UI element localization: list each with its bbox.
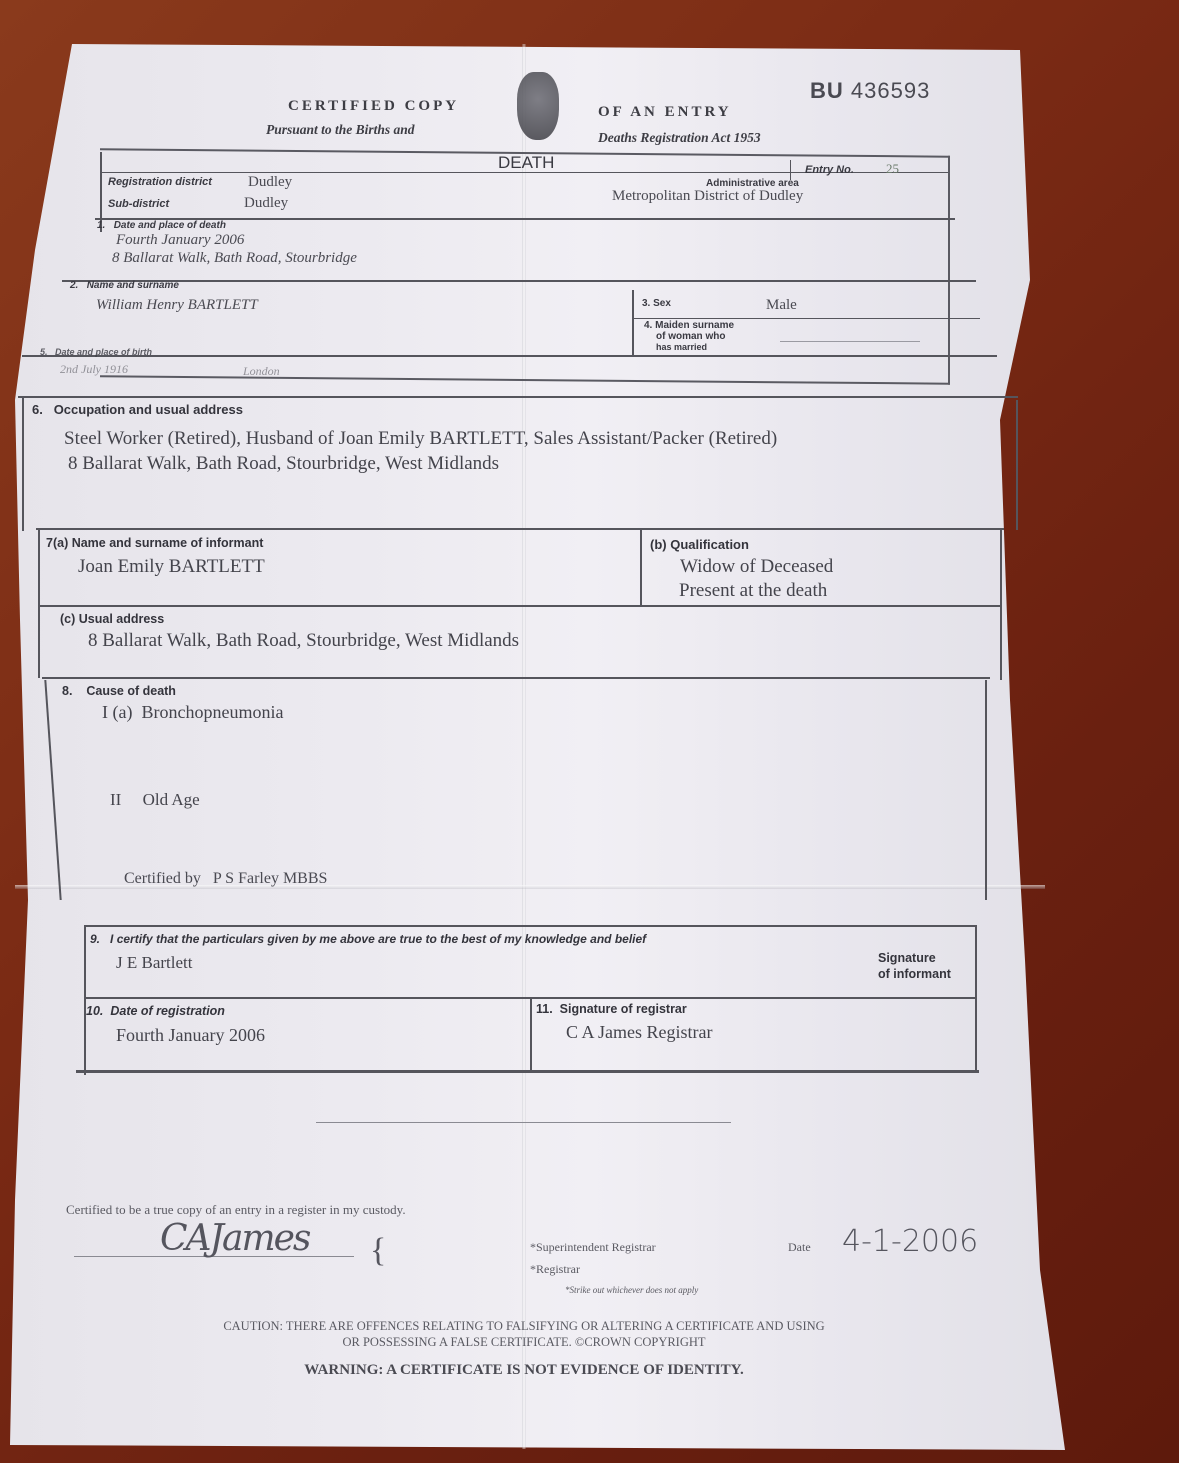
cause-1a-prefix: I (a) <box>102 702 132 722</box>
border-line <box>634 318 980 319</box>
signature-label-1: Signature <box>878 950 951 966</box>
field-5-label: Date and place of birth <box>55 347 152 357</box>
field-3-label: 3. Sex <box>642 298 671 309</box>
registration-date: Fourth January 2006 <box>116 1025 265 1046</box>
border-line <box>22 396 24 531</box>
border-line <box>1016 400 1018 530</box>
certified-by: P S Farley MBBS <box>213 870 328 887</box>
death-date: Fourth January 2006 <box>116 232 244 249</box>
subtitle-right: Deaths Registration Act 1953 <box>598 130 761 146</box>
occupation: Steel Worker (Retired), Husband of Joan … <box>64 428 777 450</box>
serial-prefix: BU <box>810 78 844 103</box>
field-4-label-2: of woman who <box>644 331 734 342</box>
border-line <box>38 528 40 678</box>
field-2-label: Name and surname <box>87 280 179 291</box>
field-1-label: Date and place of death <box>114 220 226 231</box>
border-line <box>640 530 642 606</box>
strike-out-note: *Strike out whichever does not apply <box>565 1285 698 1295</box>
border-line <box>632 290 634 356</box>
border-line <box>76 1070 979 1073</box>
registrar-handwritten-signature: CAJames <box>160 1218 309 1259</box>
field-6-label: Occupation and usual address <box>54 402 243 417</box>
field-11-label: Signature of registrar <box>560 1002 687 1016</box>
registration-district-label: Registration district <box>108 176 212 188</box>
brace-icon: { <box>370 1232 386 1270</box>
date-label: Date <box>788 1240 811 1255</box>
border-line <box>40 605 1000 607</box>
option-registrar: *Registrar <box>530 1262 580 1277</box>
title-left: CERTIFIED COPY <box>288 98 459 115</box>
field-9-label: I certify that the particulars given by … <box>110 932 646 946</box>
registration-district-value: Dudley <box>248 174 292 191</box>
informant-signature: J E Bartlett <box>116 953 192 973</box>
field-10-label: Date of registration <box>110 1004 225 1018</box>
border-line <box>1000 530 1002 680</box>
maiden-surname-blank <box>780 341 920 342</box>
border-line <box>790 160 791 180</box>
border-line <box>985 680 987 900</box>
certified-by-label: Certified by <box>124 870 201 887</box>
field-4-label-1: 4. Maiden surname <box>644 320 734 331</box>
entry-no-value: 25 <box>886 161 899 177</box>
entry-no-label: Entry No. <box>805 164 854 176</box>
field-10-number: 10. <box>86 1004 103 1018</box>
border-line <box>42 677 990 679</box>
sub-district-label: Sub-district <box>108 198 169 210</box>
border-line <box>36 528 1004 530</box>
birth-date: 2nd July 1916 <box>60 362 128 377</box>
border-line <box>22 355 997 357</box>
option-superintendent-registrar: *Superintendent Registrar <box>530 1240 656 1255</box>
cause-1a: Bronchopneumonia <box>141 702 283 722</box>
qualification-2: Present at the death <box>679 580 827 602</box>
royal-crest-icon <box>517 72 559 140</box>
serial-number: 436593 <box>851 78 930 103</box>
cause-2-prefix: II <box>110 790 121 809</box>
caution-line-2: OR POSSESSING A FALSE CERTIFICATE. ©CROW… <box>148 1334 900 1350</box>
registrar-signature: C A James Registrar <box>566 1022 713 1043</box>
field-7a-label: 7(a) Name and surname of informant <box>46 536 263 550</box>
field-6-number: 6. <box>32 402 43 417</box>
caution-line-1: CAUTION: THERE ARE OFFENCES RELATING TO … <box>148 1318 900 1334</box>
deceased-name: William Henry BARTLETT <box>96 297 258 314</box>
informant-address: 8 Ballarat Walk, Bath Road, Stourbridge,… <box>88 630 519 652</box>
birth-place: London <box>243 364 280 379</box>
border-line <box>18 396 1018 398</box>
deceased-address: 8 Ballarat Walk, Bath Road, Stourbridge,… <box>68 453 499 475</box>
qualification-1: Widow of Deceased <box>680 556 833 578</box>
signature-label-2: of informant <box>878 966 951 982</box>
sub-district-value: Dudley <box>244 195 288 212</box>
separator-line <box>316 1122 731 1123</box>
subtitle-left: Pursuant to the Births and <box>266 122 415 138</box>
informant-name: Joan Emily BARTLETT <box>78 556 265 578</box>
certified-true-copy-text: Certified to be a true copy of an entry … <box>66 1202 406 1218</box>
warning-text: WARNING: A CERTIFICATE IS NOT EVIDENCE O… <box>148 1362 900 1379</box>
handwritten-date: 4-1-2006 <box>842 1224 978 1259</box>
field-4-label-3: has married <box>644 342 734 353</box>
field-1-number: 1. <box>97 220 105 231</box>
certificate-serial: BU 436593 <box>810 78 930 104</box>
field-9-number: 9. <box>90 932 100 946</box>
title-right: OF AN ENTRY <box>598 104 732 121</box>
sex-value: Male <box>766 297 797 314</box>
field-5-number: 5. <box>40 347 48 357</box>
border-line <box>84 925 976 927</box>
field-8-number: 8. <box>62 684 72 698</box>
border-line <box>84 925 86 1075</box>
cause-2: Old Age <box>143 790 200 809</box>
administrative-area-value: Metropolitan District of Dudley <box>612 188 803 205</box>
register-type: DEATH <box>498 153 554 173</box>
field-8-label: Cause of death <box>86 684 176 698</box>
field-11-number: 11. <box>536 1002 553 1016</box>
death-place: 8 Ballarat Walk, Bath Road, Stourbridge <box>112 250 357 267</box>
field-7b-label: (b) Qualification <box>650 537 749 552</box>
field-7c-label: (c) Usual address <box>60 612 164 626</box>
field-2-number: 2. <box>70 280 78 291</box>
border-line <box>530 998 532 1070</box>
border-line <box>62 280 976 282</box>
